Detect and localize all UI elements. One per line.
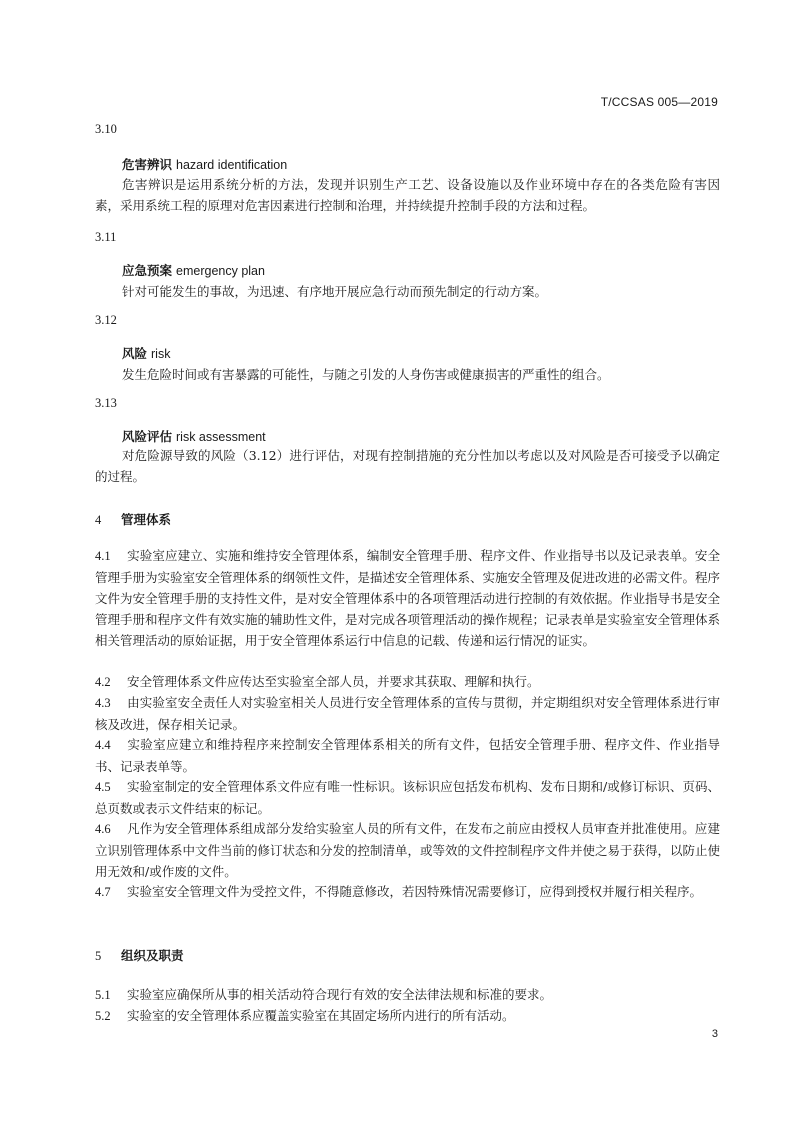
clause-text: 实验室的安全管理体系应覆盖实验室在其固定场所内进行的所有活动。 bbox=[127, 1008, 515, 1023]
term-number: 3.10 bbox=[95, 122, 117, 137]
term-number: 3.12 bbox=[95, 313, 117, 328]
clause: 4.4实验室应建立和维持程序来控制安全管理体系相关的所有文件，包括安全管理手册、… bbox=[95, 734, 720, 777]
clause-text: 由实验室安全责任人对实验室相关人员进行安全管理体系的宣传与贯彻，并定期组织对安全… bbox=[95, 695, 720, 732]
page-number: 3 bbox=[712, 1028, 718, 1040]
term-number: 3.13 bbox=[95, 396, 117, 411]
clause-number: 4.7 bbox=[95, 882, 127, 903]
clause-number: 4.2 bbox=[95, 672, 127, 693]
section-title: 组织及职责 bbox=[121, 948, 184, 963]
clause-number: 5.1 bbox=[95, 985, 127, 1006]
clause-number: 5.2 bbox=[95, 1006, 127, 1027]
clause-number: 4.5 bbox=[95, 777, 127, 798]
clause-text: 凡作为安全管理体系组成部分发给实验室人员的所有文件，在发布之前应由授权人员审查并… bbox=[95, 821, 720, 879]
clause: 4.1实验室应建立、实施和维持安全管理体系，编制安全管理手册、程序文件、作业指导… bbox=[95, 545, 720, 651]
section-heading: 4管理体系 bbox=[95, 510, 171, 528]
term-title-zh: 风险评估 bbox=[122, 429, 172, 444]
clause: 5.1实验室应确保所从事的相关活动符合现行有效的安全法律法规和标准的要求。 bbox=[95, 984, 720, 1006]
clause: 4.7实验室安全管理文件为受控文件，不得随意修改，若因特殊情况需要修订，应得到授… bbox=[95, 881, 720, 903]
section-heading: 5组织及职责 bbox=[95, 946, 184, 964]
term-definition: 发生危险时间或有害暴露的可能性，与随之引发的人身伤害或健康损害的严重性的组合。 bbox=[95, 364, 720, 385]
term-title-en: emergency plan bbox=[176, 264, 265, 278]
term-title-zh: 应急预案 bbox=[122, 263, 172, 278]
term-definition: 危害辨识是运用系统分析的方法，发现并识别生产工艺、设备设施以及作业环境中存在的各… bbox=[95, 174, 720, 216]
term-title: 应急预案emergency plan bbox=[122, 261, 265, 279]
term-definition: 针对可能发生的事故，为迅速、有序地开展应急行动而预先制定的行动方案。 bbox=[95, 281, 720, 302]
clause-number: 4.6 bbox=[95, 819, 127, 840]
section-number: 4 bbox=[95, 513, 121, 528]
clause: 4.5实验室制定的安全管理体系文件应有唯一性标识。该标识应包括发布机构、发布日期… bbox=[95, 776, 720, 819]
clause-text: 实验室应确保所从事的相关活动符合现行有效的安全法律法规和标准的要求。 bbox=[127, 987, 552, 1002]
term-definition: 对危险源导致的风险（3.12）进行评估，对现有控制措施的充分性加以考虑以及对风险… bbox=[95, 445, 720, 487]
term-title-zh: 风险 bbox=[122, 346, 147, 361]
clause-number: 4.3 bbox=[95, 693, 127, 714]
term-title: 危害辨识hazard identification bbox=[122, 155, 287, 173]
term-title: 风险评估risk assessment bbox=[122, 427, 266, 445]
term-title: 风险risk bbox=[122, 344, 170, 362]
term-title-en: risk bbox=[151, 347, 170, 361]
clause: 5.2实验室的安全管理体系应覆盖实验室在其固定场所内进行的所有活动。 bbox=[95, 1005, 720, 1027]
section-number: 5 bbox=[95, 949, 121, 964]
clause-text: 实验室应建立和维持程序来控制安全管理体系相关的所有文件，包括安全管理手册、程序文… bbox=[95, 737, 720, 774]
term-number: 3.11 bbox=[95, 230, 116, 245]
clause-number: 4.1 bbox=[95, 546, 127, 567]
section-title: 管理体系 bbox=[121, 512, 171, 527]
clause: 4.6凡作为安全管理体系组成部分发给实验室人员的所有文件，在发布之前应由授权人员… bbox=[95, 818, 720, 882]
term-title-en: hazard identification bbox=[176, 158, 287, 172]
term-title-en: risk assessment bbox=[176, 430, 266, 444]
clause-text: 实验室安全管理文件为受控文件，不得随意修改，若因特殊情况需要修订，应得到授权并履… bbox=[127, 884, 702, 899]
clause: 4.2安全管理体系文件应传达至实验室全部人员，并要求其获取、理解和执行。 bbox=[95, 671, 720, 693]
term-title-zh: 危害辨识 bbox=[122, 157, 172, 172]
document-id-header: T/CCSAS 005—2019 bbox=[601, 95, 718, 109]
clause-text: 实验室应建立、实施和维持安全管理体系，编制安全管理手册、程序文件、作业指导书以及… bbox=[95, 548, 720, 648]
clause-number: 4.4 bbox=[95, 735, 127, 756]
clause-text: 实验室制定的安全管理体系文件应有唯一性标识。该标识应包括发布机构、发布日期和/或… bbox=[95, 779, 720, 816]
clause: 4.3由实验室安全责任人对实验室相关人员进行安全管理体系的宣传与贯彻，并定期组织… bbox=[95, 692, 720, 735]
clause-text: 安全管理体系文件应传达至实验室全部人员，并要求其获取、理解和执行。 bbox=[127, 674, 540, 689]
